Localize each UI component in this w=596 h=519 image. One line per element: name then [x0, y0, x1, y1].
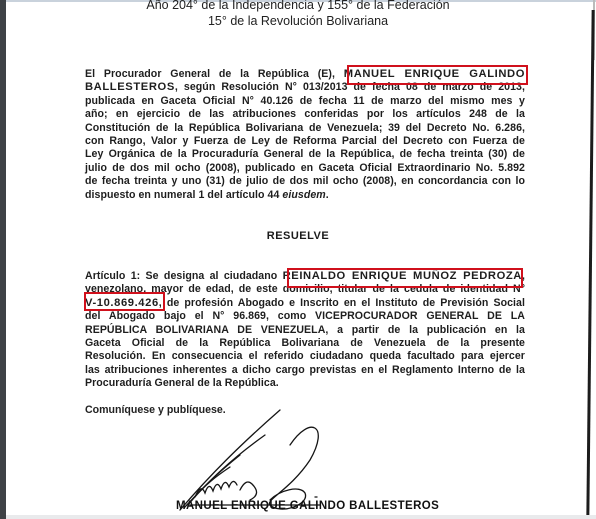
- signer-name: MANUEL ENRIQUE GALINDO BALLESTEROS: [176, 500, 439, 512]
- viewer-bottom-edge: [6, 515, 596, 519]
- highlight-box-designee-name: [287, 268, 523, 288]
- viewer-left-edge: [0, 0, 6, 519]
- highlight-box-procurador-name: [347, 65, 528, 85]
- header-line-2: 15° de la Revolución Bolivariana: [0, 14, 596, 29]
- section-heading-resuelve: RESUELVE: [0, 230, 596, 242]
- header-line-1: Año 204° de la Independencia y 155° de l…: [0, 0, 596, 12]
- handwritten-signature: [170, 405, 340, 515]
- preamble-paragraph: El Procurador General de la República (E…: [85, 68, 525, 202]
- scan-right-edge: [586, 10, 594, 515]
- article-1-paragraph: Artículo 1: Se designa al ciudadano REIN…: [85, 270, 525, 391]
- highlight-box-id-number: [84, 292, 165, 311]
